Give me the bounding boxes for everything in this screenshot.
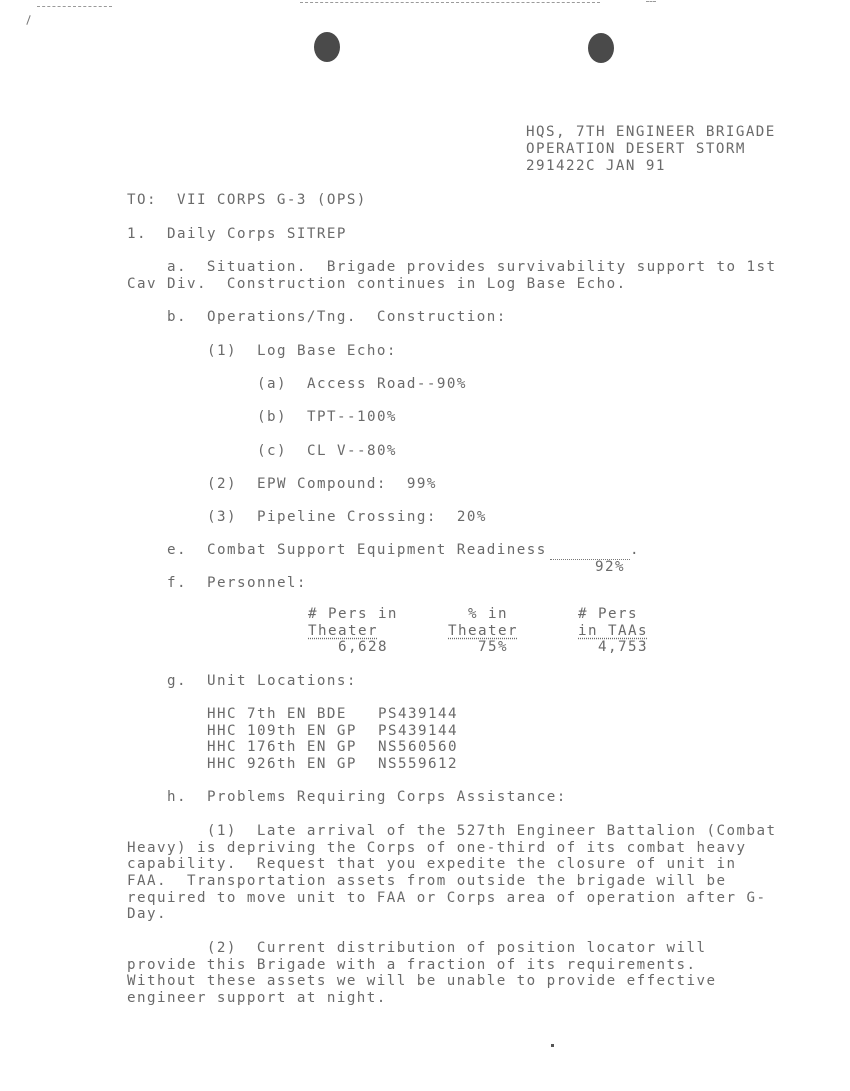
- para-h-label: h.: [167, 789, 187, 806]
- item-b1c-text: CL V--80%: [307, 443, 397, 460]
- para-b-text: Operations/Tng. Construction:: [207, 309, 507, 326]
- unit-name: HHC 7th EN BDE: [207, 706, 347, 723]
- col-2-value: 75%: [478, 639, 508, 656]
- para-e-value: 92%: [550, 542, 630, 560]
- item-b1b-text: TPT--100%: [307, 409, 397, 426]
- punch-hole-right: [588, 33, 614, 63]
- col-3-value: 4,753: [598, 639, 648, 656]
- unit-name: HHC 926th EN GP: [207, 756, 357, 773]
- problem-1-line: FAA. Transportation assets from outside …: [127, 873, 727, 890]
- scan-speck: [551, 1044, 554, 1047]
- para-a-line-2: Cav Div. Construction continues in Log B…: [127, 276, 627, 293]
- scan-artifact-top-right-dash: [646, 1, 656, 3]
- problem-1-line: Day.: [127, 906, 167, 923]
- section-1-label: 1.: [127, 226, 147, 243]
- problem-2-line: Without these assets we will be unable t…: [127, 973, 717, 990]
- item-b1-label: (1): [207, 343, 237, 360]
- document-page: HQS, 7TH ENGINEER BRIGADE OPERATION DESE…: [0, 0, 850, 1091]
- header-operation: OPERATION DESERT STORM: [526, 141, 746, 158]
- unit-name: HHC 176th EN GP: [207, 739, 357, 756]
- para-a-line-1: a. Situation. Brigade provides survivabi…: [127, 259, 776, 276]
- col-2-header-1: % in: [468, 606, 508, 623]
- item-b3-text: Pipeline Crossing: 20%: [257, 509, 487, 526]
- scan-artifact-slash: [26, 15, 30, 25]
- col-3-header-1: # Pers: [578, 606, 638, 623]
- item-b1c-label: (c): [257, 443, 287, 460]
- unit-location: NS560560: [378, 739, 458, 756]
- col-1-header-1: # Pers in: [308, 606, 398, 623]
- para-e-text: Combat Support Equipment Readiness: [207, 542, 547, 559]
- item-b3-label: (3): [207, 509, 237, 526]
- unit-location: PS439144: [378, 723, 458, 740]
- para-h-text: Problems Requiring Corps Assistance:: [207, 789, 567, 806]
- para-f-text: Personnel:: [207, 575, 307, 592]
- header-org: HQS, 7TH ENGINEER BRIGADE: [526, 124, 776, 141]
- item-b1a-text: Access Road--90%: [307, 376, 467, 393]
- item-b2-label: (2): [207, 476, 237, 493]
- unit-location: PS439144: [378, 706, 458, 723]
- item-b1a-label: (a): [257, 376, 287, 393]
- problem-1-line: Heavy) is depriving the Corps of one-thi…: [127, 840, 746, 857]
- problem-2-line: provide this Brigade with a fraction of …: [127, 957, 697, 974]
- problem-1-line: capability. Request that you expedite th…: [127, 856, 737, 873]
- item-b1b-label: (b): [257, 409, 287, 426]
- scan-artifact-top-left-dashes: [37, 6, 112, 8]
- scan-artifact-top-center-dashes: [300, 2, 600, 4]
- problem-2-line: engineer support at night.: [127, 990, 387, 1007]
- punch-hole-left: [314, 32, 340, 62]
- section-1-title: Daily Corps SITREP: [167, 226, 347, 243]
- unit-name: HHC 109th EN GP: [207, 723, 357, 740]
- para-g-label: g.: [167, 673, 187, 690]
- problem-2-line: (2) Current distribution of position loc…: [127, 940, 707, 957]
- para-e-end: .: [630, 542, 640, 559]
- readiness-value: 92%: [595, 559, 625, 575]
- col-3-header-2: in TAAs: [578, 623, 648, 640]
- item-b2-text: EPW Compound: 99%: [257, 476, 437, 493]
- col-2-header-2: Theater: [448, 623, 518, 640]
- col-1-header-2: Theater: [308, 623, 378, 640]
- unit-location: NS559612: [378, 756, 458, 773]
- to-line: TO: VII CORPS G-3 (OPS): [127, 192, 367, 209]
- col-1-value: 6,628: [338, 639, 388, 656]
- header-dtg: 291422C JAN 91: [526, 158, 666, 175]
- para-g-text: Unit Locations:: [207, 673, 357, 690]
- para-f-label: f.: [167, 575, 187, 592]
- problem-1-line: required to move unit to FAA or Corps ar…: [127, 890, 766, 907]
- para-b-label: b.: [167, 309, 187, 326]
- item-b1-text: Log Base Echo:: [257, 343, 397, 360]
- para-e-label: e.: [167, 542, 187, 559]
- problem-1-line: (1) Late arrival of the 527th Engineer B…: [127, 823, 776, 840]
